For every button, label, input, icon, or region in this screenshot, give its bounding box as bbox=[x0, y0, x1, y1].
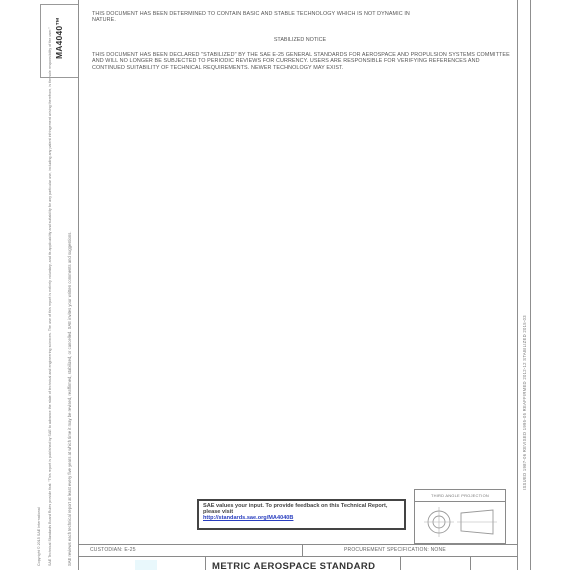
doc-number: MA4040™ bbox=[54, 12, 64, 64]
left-margin-text-3: Copyright © 2015 SAE International bbox=[37, 507, 41, 566]
left-margin-text-2: SAE reviews each technical report at lea… bbox=[67, 231, 72, 566]
document-title: METRIC AEROSPACE STANDARD bbox=[212, 561, 375, 570]
feedback-box: SAE values your input. To provide feedba… bbox=[197, 499, 406, 530]
stabilized-notice-text: THIS DOCUMENT HAS BEEN DECLARED "STABILI… bbox=[92, 52, 512, 71]
left-margin-text-1: SAE Technical Standards Board Rules prov… bbox=[48, 27, 52, 566]
projection-symbol-icon bbox=[415, 501, 505, 543]
rationale-heading: RATIONALE bbox=[260, 0, 360, 2]
procurement-spec: PROCUREMENT SPECIFICATION: NONE bbox=[344, 547, 446, 553]
footer-row bbox=[78, 544, 518, 557]
feedback-text: SAE values your input. To provide feedba… bbox=[203, 503, 387, 515]
title-divider-left bbox=[205, 557, 206, 570]
stabilized-notice-heading: STABILIZED NOTICE bbox=[240, 37, 360, 43]
title-divider-right bbox=[400, 557, 401, 570]
footer-divider bbox=[302, 544, 303, 557]
page-frame bbox=[78, 0, 518, 570]
sae-logo-fragment bbox=[135, 560, 157, 570]
third-angle-projection: THIRD ANGLE PROJECTION bbox=[414, 489, 506, 544]
custodian: CUSTODIAN: E-25 bbox=[90, 547, 136, 553]
revision-history: ISSUED 1987-06 REVISED 1995-05 REAFFIRME… bbox=[522, 315, 527, 490]
feedback-link[interactable]: http://standards.sae.org/MA4040B bbox=[203, 515, 293, 521]
rationale-text: THIS DOCUMENT HAS BEEN DETERMINED TO CON… bbox=[92, 11, 432, 24]
title-divider-far-right bbox=[470, 557, 471, 570]
